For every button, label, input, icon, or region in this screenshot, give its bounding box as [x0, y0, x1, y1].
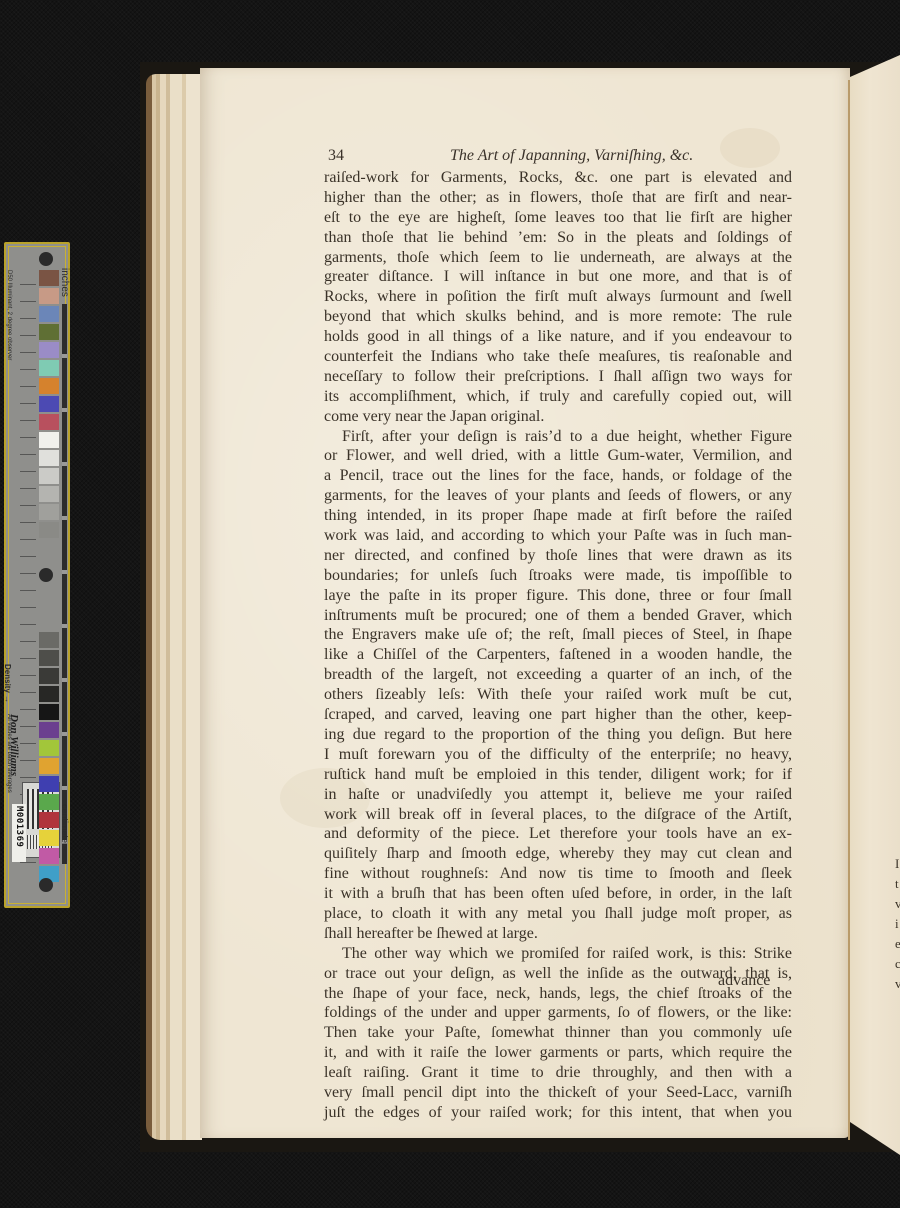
text-line: greater diſtance. I will inſtance in but… — [324, 267, 792, 287]
ruler-scale-bar — [62, 304, 67, 864]
page-number: 34 — [328, 147, 344, 165]
text-line: place, to cloath it with any metal you ſ… — [324, 904, 792, 924]
text-line: beyond that which skulks behind, and is … — [324, 307, 792, 327]
text-line: like a Chiſſel of the Carpenters, faſten… — [324, 645, 792, 665]
card-punch-hole-bottom — [39, 878, 53, 892]
text-line: juſt the edges of your raiſed work; for … — [324, 1103, 792, 1123]
text-line: eſt to the eye are higheſt, ſome leaves … — [324, 208, 792, 228]
text-line: garments, for the leaves of your plants … — [324, 486, 792, 506]
color-patch — [39, 776, 59, 792]
inches-label: inches — [59, 268, 70, 297]
color-patch — [39, 432, 59, 448]
color-patch — [39, 342, 59, 358]
color-patch — [39, 794, 59, 810]
illuminant-label: D50 Illuminant, 2 degree observer — [6, 270, 12, 360]
text-line: ing due regard to the proportion of the … — [324, 725, 792, 745]
color-patch — [39, 270, 59, 286]
color-patch — [39, 704, 59, 720]
text-line: come very near the Japan original. — [324, 407, 792, 427]
color-calibration-card: inches D50 Illuminant, 2 degree observer… — [4, 242, 70, 908]
text-line: laye the paſte in its proper figure. Thi… — [324, 586, 792, 606]
facing-page-fragment: e — [895, 936, 900, 952]
facing-page-fragment: i — [895, 916, 899, 932]
text-line: Rocks, where in poſition the firſt muſt … — [324, 287, 792, 307]
text-line: thing intended, in its proper ſhape made… — [324, 506, 792, 526]
text-line: leaſt raiſing. Grant it time to drie thr… — [324, 1063, 792, 1083]
color-patch — [39, 504, 59, 520]
facing-page-fragment: c — [895, 956, 900, 972]
color-patch — [39, 414, 59, 430]
text-line: a Pencil, trace out the lines for the fa… — [324, 466, 792, 486]
color-patch — [39, 360, 59, 376]
text-line: in haſte or unadviſedly you attempt it, … — [324, 785, 792, 805]
density-scale-ticks — [20, 268, 36, 868]
color-patch — [39, 306, 59, 322]
text-line: it with a bruſh that has been often uſed… — [324, 884, 792, 904]
running-head: 34 The Art of Japanning, Varniſhing, &c. — [328, 147, 788, 167]
text-line: ſhall hereafter be ſhewed at large. — [324, 924, 792, 944]
card-punch-hole-middle — [39, 568, 53, 582]
text-line: its accompliſhment, which, if truly and … — [324, 387, 792, 407]
color-patch — [39, 632, 59, 648]
color-patch — [39, 812, 59, 828]
text-line: breadth of the largeſt, not exceeding a … — [324, 665, 792, 685]
text-line: others ſizeably leſs: With theſe your ra… — [324, 685, 792, 705]
text-line: foldings of the under and upper garments… — [324, 1003, 792, 1023]
text-line: fine without roughneſs: And now tis time… — [324, 864, 792, 884]
color-patch — [39, 740, 59, 756]
text-line: Firſt, after your deſign is rais’d to a … — [324, 427, 792, 447]
color-patches-lower — [39, 632, 59, 884]
page-stack-edge — [146, 74, 202, 1140]
facing-page-fragment: v — [895, 976, 900, 992]
color-patch — [39, 324, 59, 340]
running-title: The Art of Japanning, Varniſhing, &c. — [450, 147, 693, 165]
text-line: than thoſe that lie behind ’em: So in th… — [324, 228, 792, 248]
color-patch — [39, 758, 59, 774]
text-line: quiſitely ſharp and ſmooth edge, whereby… — [324, 844, 792, 864]
text-line: boundaries; for unleſs ſuch ſtroaks were… — [324, 566, 792, 586]
centimeters-label: centimeters — [60, 804, 70, 851]
card-id-label: M001369 — [12, 804, 26, 862]
text-line: ner directed, and confined by thoſe line… — [324, 546, 792, 566]
text-line: The other way which we promiſed for raiſ… — [324, 944, 792, 964]
text-line: very ſmall pencil dipt into the thickeſt… — [324, 1083, 792, 1103]
color-patch — [39, 668, 59, 684]
text-line: or Flower, and well dried, with a little… — [324, 446, 792, 466]
card-punch-hole-top — [39, 252, 53, 266]
text-line: Then take your Paſte, ſomewhat thinner t… — [324, 1023, 792, 1043]
text-line: counterfeit the Indians who take theſe m… — [324, 347, 792, 367]
facing-page-fragment: v — [895, 896, 900, 912]
color-patch — [39, 830, 59, 846]
text-line: neceſſary to follow their preſcriptions.… — [324, 367, 792, 387]
facing-page-fragment: t — [895, 876, 899, 892]
color-patch — [39, 378, 59, 394]
color-patch — [39, 686, 59, 702]
card-id-text: M001369 — [14, 806, 24, 847]
text-line: raiſed-work for Garments, Rocks, &c. one… — [324, 168, 792, 188]
density-label: Density → — [3, 664, 12, 703]
color-patch — [39, 848, 59, 864]
facing-page-fragment: I — [895, 856, 899, 872]
text-line: inſtruments muſt be procured; one of the… — [324, 606, 792, 626]
text-line: holds good in all things of a like natur… — [324, 327, 792, 347]
color-patch — [39, 468, 59, 484]
color-patch — [39, 522, 59, 538]
color-patch — [39, 722, 59, 738]
text-line: garments, thoſe which ſeem to lie undern… — [324, 248, 792, 268]
color-patch — [39, 450, 59, 466]
text-line: work will break off in ſeveral places, t… — [324, 805, 792, 825]
text-line: ſcraped, and carved, leaving one part hi… — [324, 705, 792, 725]
catchword: advance — [718, 972, 770, 990]
text-line: the Engravers make uſe of; the reſt, ſma… — [324, 625, 792, 645]
color-patch — [39, 650, 59, 666]
color-patch — [39, 486, 59, 502]
text-line: I muſt forewarn you of the difficulty of… — [324, 745, 792, 765]
text-line: higher than the other; as in flowers, th… — [324, 188, 792, 208]
text-line: and deformity of the piece. Let therefor… — [324, 824, 792, 844]
color-patch — [39, 288, 59, 304]
color-patches-upper — [39, 270, 59, 540]
facing-page — [850, 55, 900, 1155]
text-line: it, and with it raiſe the lower garments… — [324, 1043, 792, 1063]
color-patch — [39, 396, 59, 412]
averages-label: All values are batch averages — [6, 714, 12, 793]
text-line: ruſtick hand muſt be emploied in this te… — [324, 765, 792, 785]
text-line: work was laid, and according to which yo… — [324, 526, 792, 546]
book-gutter — [848, 80, 850, 1140]
